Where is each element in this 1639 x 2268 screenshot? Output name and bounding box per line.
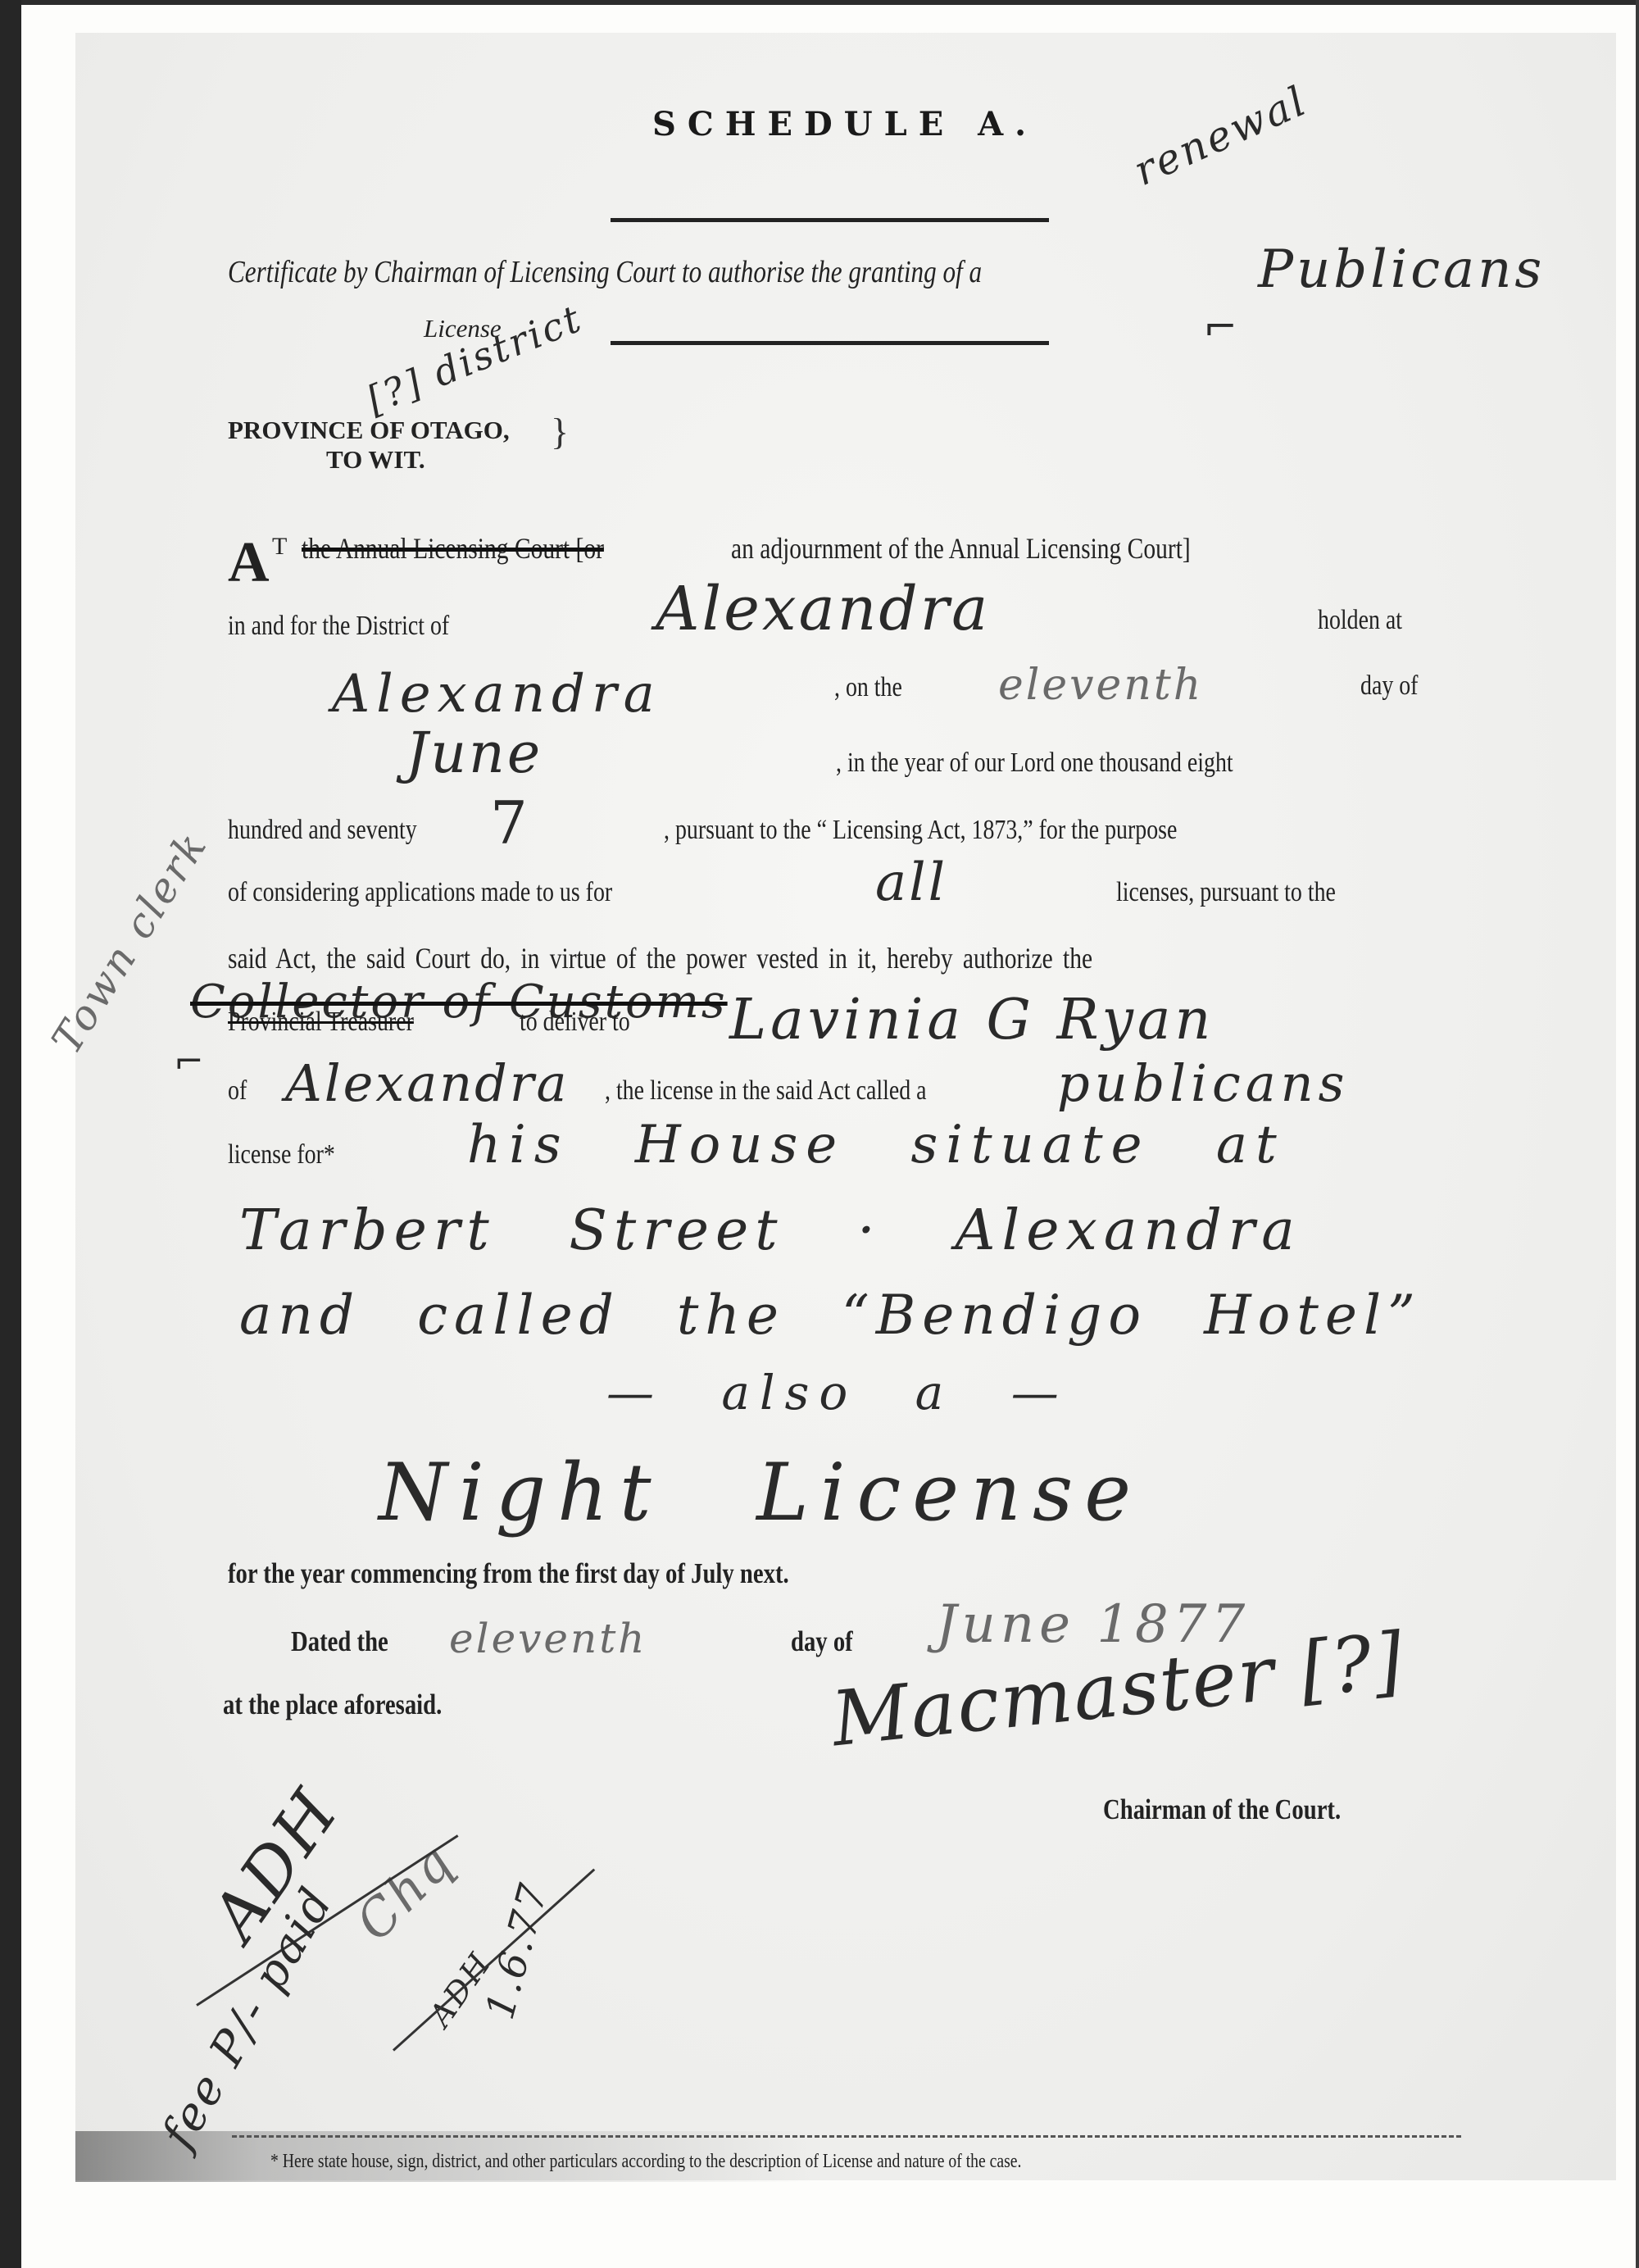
handwritten-licensee: Lavinia G Ryan [729, 988, 1214, 1052]
handwritten-particulars-4: — also a — [606, 1365, 1069, 1420]
body-line-9-prefix: of [228, 1075, 247, 1107]
handwritten-particulars-5: Night License [379, 1447, 1142, 1539]
scan-frame-left [0, 0, 21, 2268]
chairman-title: Chairman of the Court. [1103, 1793, 1341, 1826]
dropcap-t: T [272, 533, 287, 561]
dated-prefix: Dated the [291, 1625, 388, 1658]
body-line-1: an adjournment of the Annual Licensing C… [731, 531, 1191, 566]
body-line-9-mid: , the license in the said Act called a [605, 1075, 926, 1107]
schedule-title: SCHEDULE A. [652, 105, 1037, 143]
caret-mark-2: ⌐ [174, 1041, 207, 1083]
province-line-1: PROVINCE OF OTAGO, [228, 416, 510, 445]
footnote-text: * Here state house, sign, district, and … [270, 2151, 1021, 2173]
body-line-2-suffix: holden at [1318, 605, 1402, 636]
body-line-4-suffix: , in the year of our Lord one thousand e… [836, 748, 1233, 779]
body-line-7: said Act, the said Court do, in virtue o… [228, 941, 1092, 975]
handwritten-day: eleventh [998, 661, 1203, 710]
handwritten-particulars-3: and called the “Bendigo Hotel” [239, 1284, 1422, 1347]
certificate-heading: Certificate by Chairman of Licensing Cou… [228, 254, 982, 290]
blank-rule-license [611, 341, 1049, 345]
handwritten-district: Alexandra [656, 574, 990, 644]
body-line-3-suffix: day of [1360, 670, 1418, 702]
body-line-8-mid: to deliver to [520, 1007, 630, 1038]
body-line-2-prefix: in and for the District of [228, 611, 449, 642]
body-line-3-mid: , on the [834, 672, 902, 703]
scan-frame-top [0, 0, 1639, 5]
struck-provincial-treasurer: Provincial Treasurer [228, 1007, 414, 1038]
dated-place-line: at the place aforesaid. [223, 1689, 442, 1721]
body-line-6-prefix: of considering applications made to us f… [228, 877, 612, 908]
brace: } [551, 410, 569, 453]
handwritten-place: Alexandra [332, 664, 661, 725]
handwritten-license-called: publicans [1057, 1053, 1349, 1113]
handwritten-applications: all [875, 852, 947, 913]
body-line-5-suffix: , pursuant to the “ Licensing Act, 1873,… [664, 815, 1177, 846]
handwritten-licensee-place: Alexandra [285, 1053, 569, 1113]
dropcap-letter: A [228, 534, 270, 592]
body-line-5-prefix: hundred and seventy [228, 815, 417, 846]
handwritten-year-digit: 7 [490, 789, 530, 857]
dated-mid: day of [791, 1625, 853, 1658]
handwritten-month: June [406, 721, 543, 786]
handwritten-particulars-1: his House situate at [467, 1115, 1285, 1175]
footnote-rule [232, 2135, 1461, 2138]
caret-mark: ⌐ [1203, 303, 1240, 351]
body-line-10-prefix: license for* [228, 1139, 335, 1170]
handwritten-license-type: Publicans [1258, 239, 1545, 300]
closing-line: for the year commencing from the first d… [228, 1557, 789, 1590]
blank-rule-top [611, 218, 1049, 222]
handwritten-dated-day: eleventh [449, 1615, 647, 1662]
struck-annual-court: the Annual Licensing Court [or [302, 531, 604, 566]
scan-background [0, 2182, 1639, 2268]
province-line-2: TO WIT. [326, 445, 425, 475]
handwritten-particulars-2: Tarbert Street · Alexandra [239, 1198, 1301, 1263]
body-line-6-suffix: licenses, pursuant to the [1116, 877, 1336, 908]
scan-frame-right [1636, 0, 1639, 2268]
